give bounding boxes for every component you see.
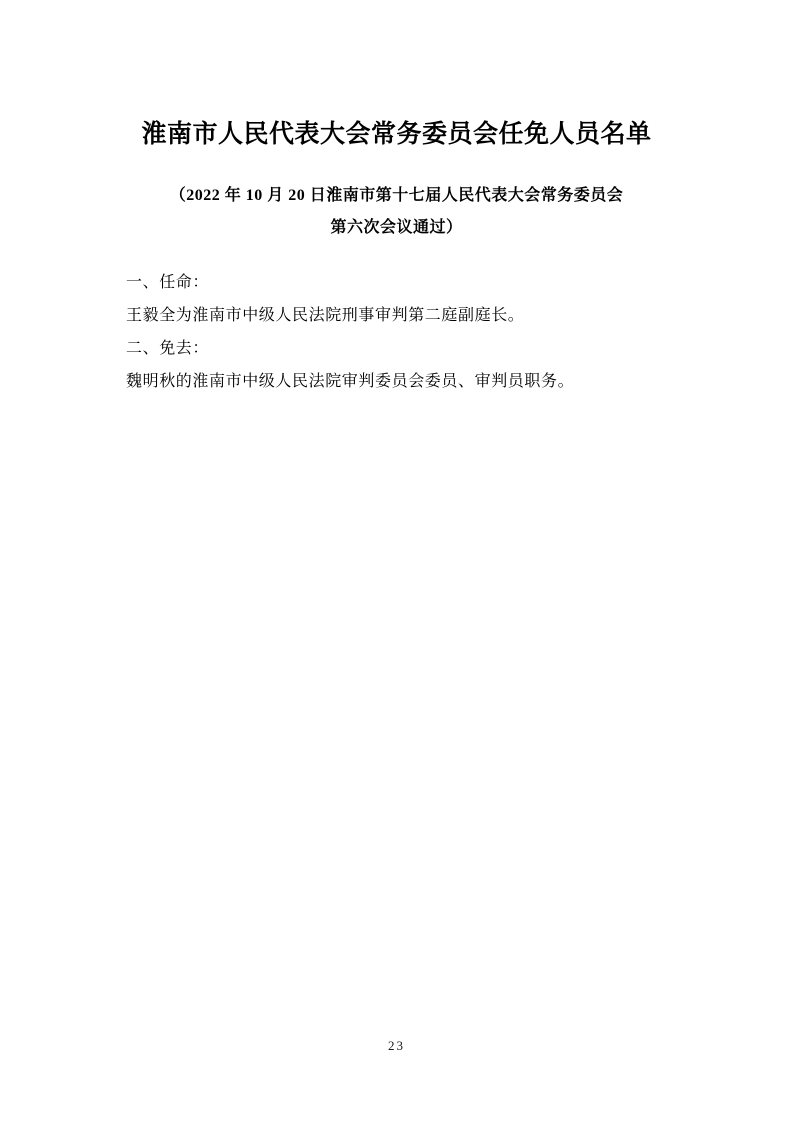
body-line-removal-detail: 魏明秋的淮南市中级人民法院审判委员会委员、审判员职务。 — [126, 365, 693, 398]
document-title: 淮南市人民代表大会常务委员会任免人员名单 — [0, 118, 793, 152]
body-line-appointment-detail: 王毅全为淮南市中级人民法院刑事审判第二庭副庭长。 — [126, 299, 693, 332]
page-number: 23 — [0, 1038, 793, 1054]
body-line-appointment-heading: 一、任命： — [126, 266, 693, 299]
meeting-info-line-1: （2022 年 10 月 20 日淮南市第十七届人民代表大会常务委员会 — [0, 180, 793, 212]
document-page: 淮南市人民代表大会常务委员会任免人员名单 （2022 年 10 月 20 日淮南… — [0, 0, 793, 1122]
meeting-info-line-2: 第六次会议通过） — [0, 212, 793, 244]
meeting-info: （2022 年 10 月 20 日淮南市第十七届人民代表大会常务委员会 第六次会… — [0, 180, 793, 244]
document-body: 一、任命： 王毅全为淮南市中级人民法院刑事审判第二庭副庭长。 二、免去： 魏明秋… — [126, 266, 693, 398]
body-line-removal-heading: 二、免去： — [126, 332, 693, 365]
